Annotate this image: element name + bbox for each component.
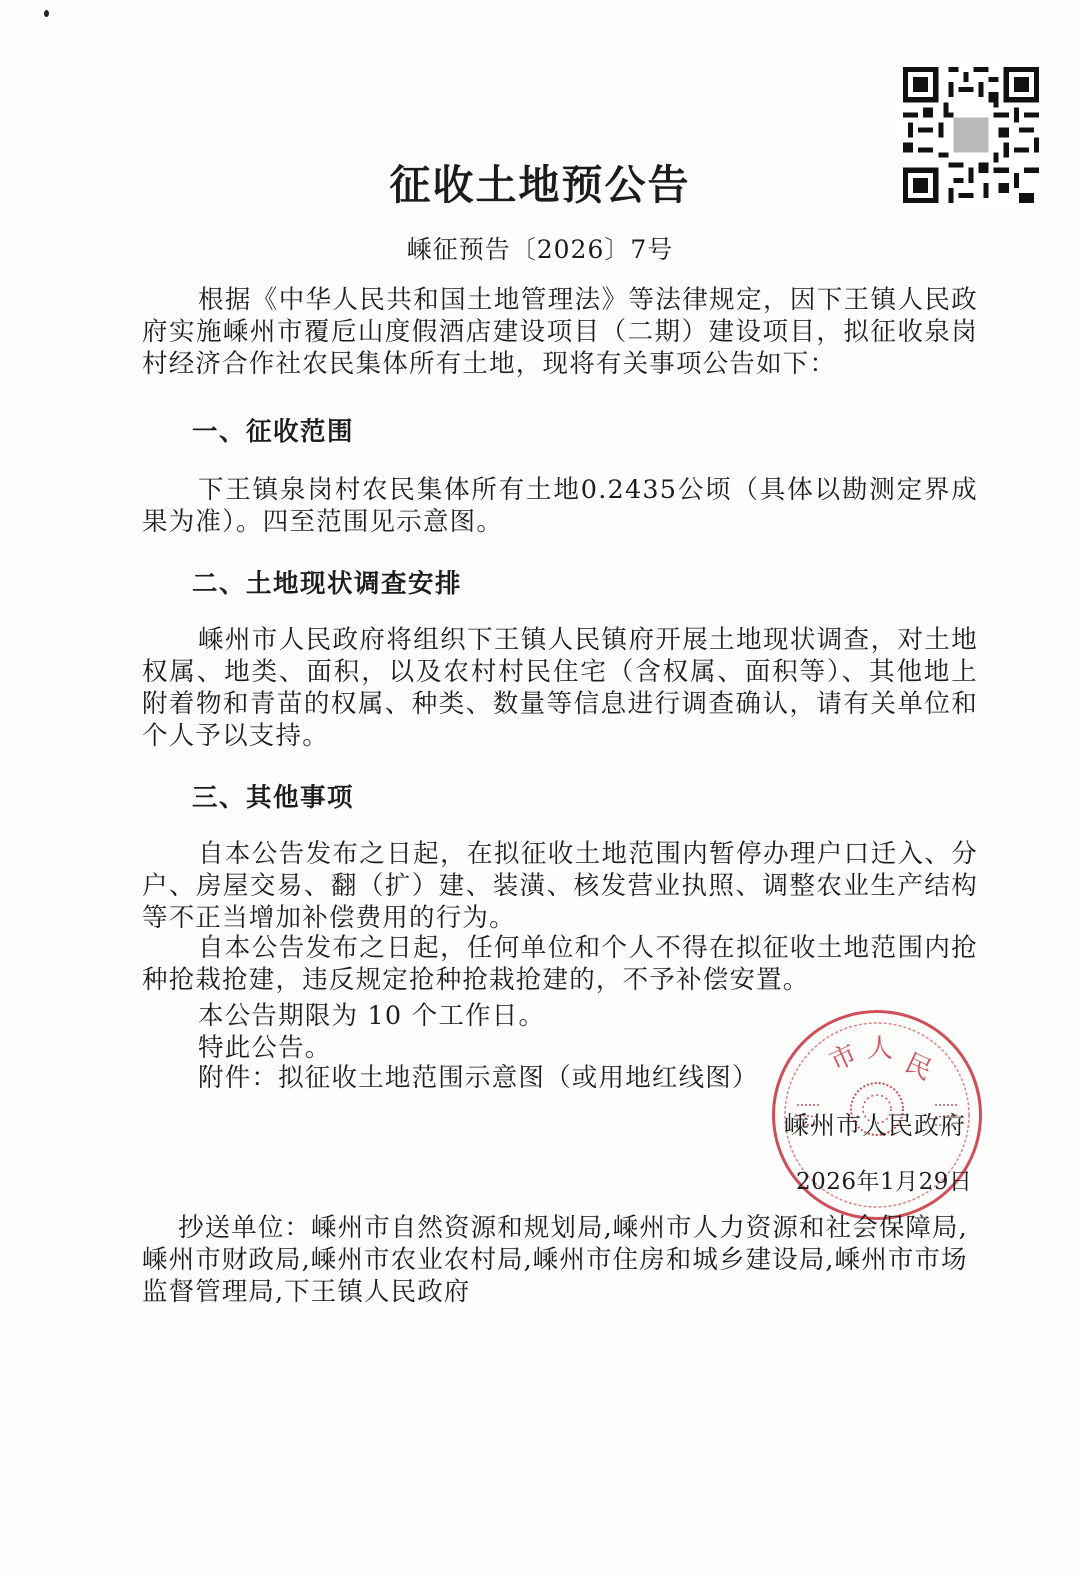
issue-date: 2026年1月29日	[796, 1163, 972, 1196]
section-heading-other: 三、其他事项	[192, 778, 354, 814]
survey-paragraph: 嵊州市人民政府将组织下王镇人民镇府开展土地现状调查，对土地权属、地类、面积，以及…	[142, 624, 978, 752]
svg-text:人: 人	[867, 1034, 893, 1064]
cc-text: 抄送单位：嵊州市自然资源和规划局,嵊州市人力资源和社会保障局,嵊州市财政局,嵊州…	[142, 1213, 968, 1307]
issuer-name: 嵊州市人民政府	[784, 1106, 966, 1142]
section-heading-survey: 二、土地现状调查安排	[192, 564, 462, 600]
svg-text:民: 民	[900, 1048, 936, 1086]
scan-speck	[44, 10, 49, 17]
other-paragraph-2: 自本公告发布之日起，任何单位和个人不得在拟征收土地范围内抢种抢栽抢建，违反规定抢…	[142, 932, 978, 996]
intro-paragraph: 根据《中华人民共和国土地管理法》等法律规定，因下王镇人民政府实施嵊州市覆卮山度假…	[142, 284, 978, 380]
period-line: 本公告期限为 10 个工作日。	[198, 996, 545, 1032]
cc-recipients: 抄送单位：嵊州市自然资源和规划局,嵊州市人力资源和社会保障局,嵊州市财政局,嵊州…	[142, 1212, 978, 1308]
scope-paragraph: 下王镇泉岗村农民集体所有土地0.2435公顷（具体以勘测定界成果为准）。四至范围…	[142, 474, 978, 538]
document-number: 嵊征预告〔2026〕7号	[0, 230, 1080, 266]
section-heading-scope: 一、征收范围	[192, 412, 354, 448]
svg-text:市: 市	[825, 1039, 861, 1077]
other-paragraph-1: 自本公告发布之日起，在拟征收土地范围内暂停办理户口迁入、分户、房屋交易、翻（扩）…	[142, 838, 978, 934]
attachment-line: 附件：拟征收土地范围示意图（或用地红线图）	[198, 1058, 759, 1094]
page-title: 征收土地预公告	[0, 152, 1080, 211]
